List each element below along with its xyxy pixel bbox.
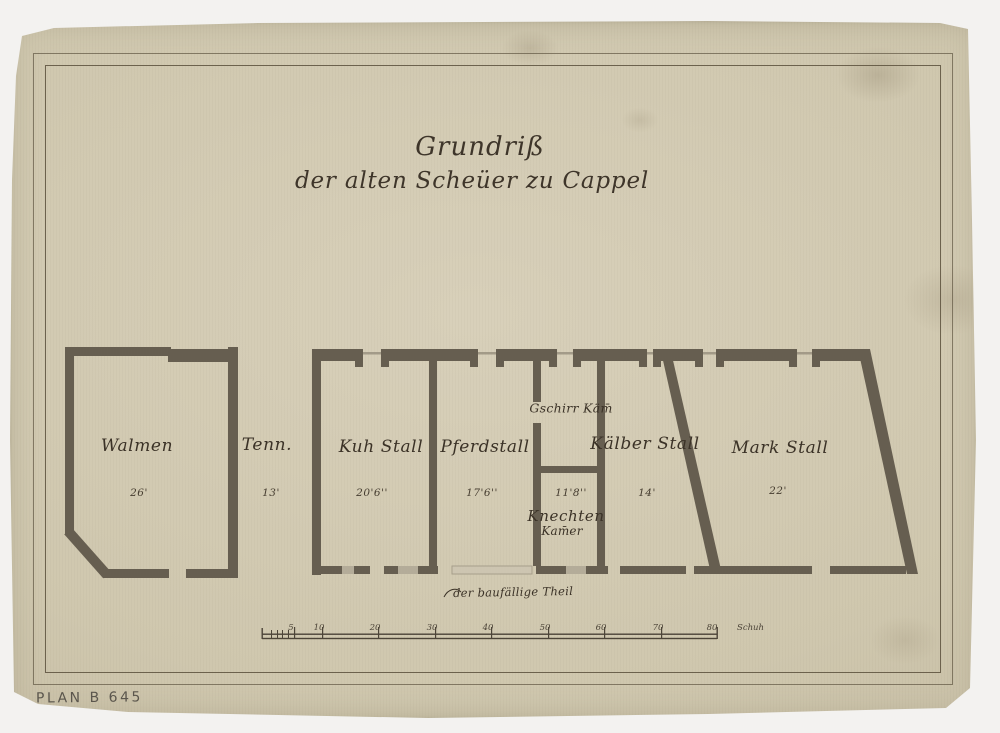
- room-dim-kaelberstall: 14': [638, 487, 656, 499]
- room-label-kammer: Kam̄er: [541, 524, 582, 538]
- room-dim-kuhstall: 20'6'': [356, 487, 388, 499]
- catalog-number: PLAN B 645: [36, 689, 143, 706]
- paper-sheet: [8, 20, 980, 720]
- room-label-pferdstall: Pferdstall: [440, 437, 529, 457]
- room-dim-pferdstall: 17'6'': [466, 487, 498, 499]
- room-dim-tenn: 13': [262, 487, 280, 499]
- plan-title-line1: Grundriß: [415, 132, 544, 162]
- room-label-kaelberstall: Kälber Stall: [590, 434, 699, 454]
- room-label-knechten: Knechten: [527, 507, 604, 525]
- room-dim-walmen: 26': [130, 487, 148, 499]
- room-dim-knechtenkammer: 11'8'': [555, 487, 587, 499]
- room-label-tenn: Tenn.: [242, 435, 292, 455]
- room-label-walmen: Walmen: [101, 436, 173, 456]
- room-label-gschirrkammer: Gschirr Käm̄: [529, 401, 612, 416]
- room-dim-markstall: 22': [769, 485, 787, 497]
- room-label-markstall: Mark Stall: [732, 438, 829, 458]
- dilapidated-annotation: der baufällige Theil: [453, 584, 573, 600]
- scanned-plan-page: Grundriß der alten Scheüer zu Cappel: [0, 0, 1000, 733]
- room-label-kuhstall: Kuh Stall: [339, 437, 424, 457]
- plan-title-line2: der alten Scheüer zu Cappel: [295, 168, 649, 194]
